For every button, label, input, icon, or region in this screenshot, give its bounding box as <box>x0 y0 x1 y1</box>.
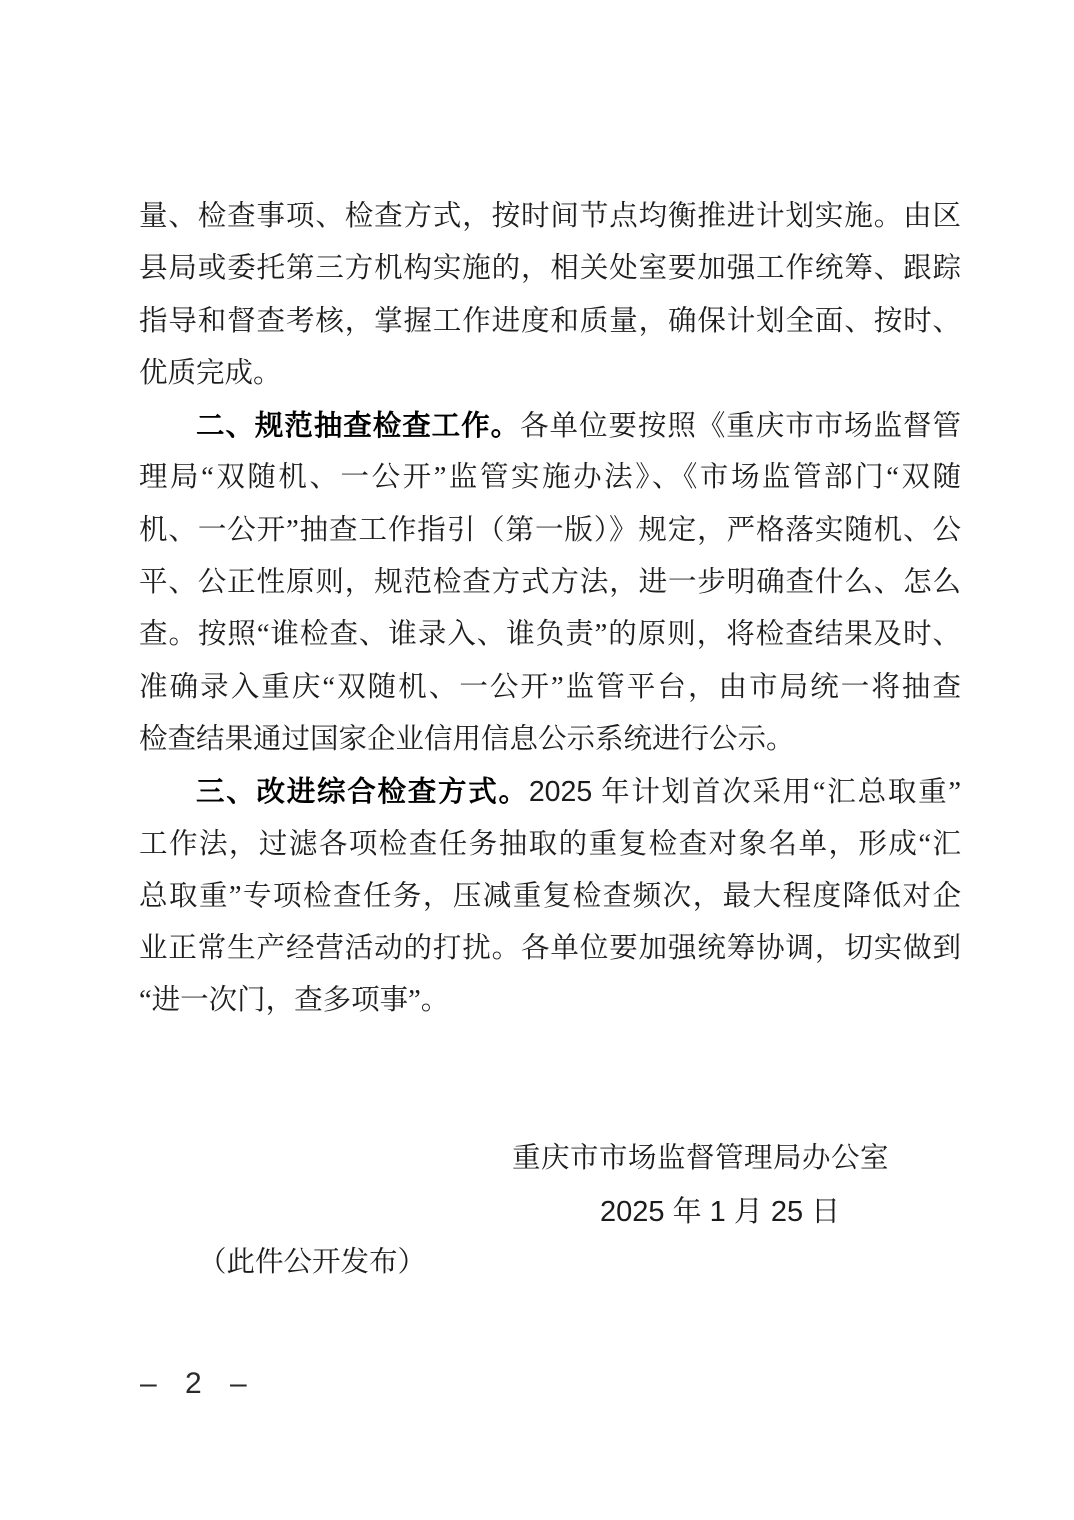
document-page: 量、检查事项、检查方式，按时间节点均衡推进计划实施。由区 县局或委托第三方机构实… <box>0 0 1074 1520</box>
body-line: “进一次门，查多项事”。 <box>139 975 961 1027</box>
page-number: – 2 – <box>140 1360 251 1408</box>
body-line: 理局“双随机、一公开”监管实施办法》、《市场监管部门“双随 <box>139 452 961 504</box>
body-line: 平、公正性原则，规范检查方式方法，进一步明确查什么、怎么 <box>139 557 961 609</box>
body-line: 检查结果通过国家企业信用信息公示系统进行公示。 <box>139 714 961 766</box>
body-line: 指导和督查考核，掌握工作进度和质量，确保计划全面、按时、 <box>139 296 961 348</box>
year-number: 2025 <box>529 776 592 808</box>
body-line: 工作法，过滤各项检查任务抽取的重复检查对象名单，形成“汇 <box>139 819 961 871</box>
body-line: 业正常生产经营活动的打扰。各单位要加强统筹协调，切实做到 <box>139 923 961 975</box>
body-line: 量、检查事项、检查方式，按时间节点均衡推进计划实施。由区 <box>139 191 961 243</box>
public-release-note: （此件公开发布） <box>198 1237 426 1289</box>
body-line: 总取重”专项检查任务，压减重复检查频次，最大程度降低对企 <box>139 871 961 923</box>
document-body: 量、检查事项、检查方式，按时间节点均衡推进计划实施。由区 县局或委托第三方机构实… <box>139 191 961 1028</box>
body-text-run: 年计划首次采用“汇总取重” <box>592 777 961 808</box>
section-heading-2: 二、规范抽查检查工作。 <box>196 410 520 442</box>
body-line: 二、规范抽查检查工作。各单位要按照《重庆市市场监督管 <box>139 400 961 452</box>
body-line: 准确录入重庆“双随机、一公开”监管平台，由市局统一将抽查 <box>139 662 961 714</box>
body-line: 机、一公开”抽查工作指引（第一版）》规定，严格落实随机、公 <box>139 505 961 557</box>
signature-date: 2025 年 1 月 25 日 <box>600 1186 840 1238</box>
body-line: 三、改进综合检查方式。2025 年计划首次采用“汇总取重” <box>139 766 961 818</box>
body-line: 查。按照“谁检查、谁录入、谁负责”的原则，将检查结果及时、 <box>139 609 961 661</box>
section-heading-3: 三、改进综合检查方式。 <box>196 776 529 808</box>
body-line: 县局或委托第三方机构实施的，相关处室要加强工作统筹、跟踪 <box>139 243 961 295</box>
body-text-run: 各单位要按照《重庆市市场监督管 <box>520 411 961 442</box>
signature-org: 重庆市市场监督管理局办公室 <box>512 1133 889 1185</box>
body-line: 优质完成。 <box>139 348 961 400</box>
